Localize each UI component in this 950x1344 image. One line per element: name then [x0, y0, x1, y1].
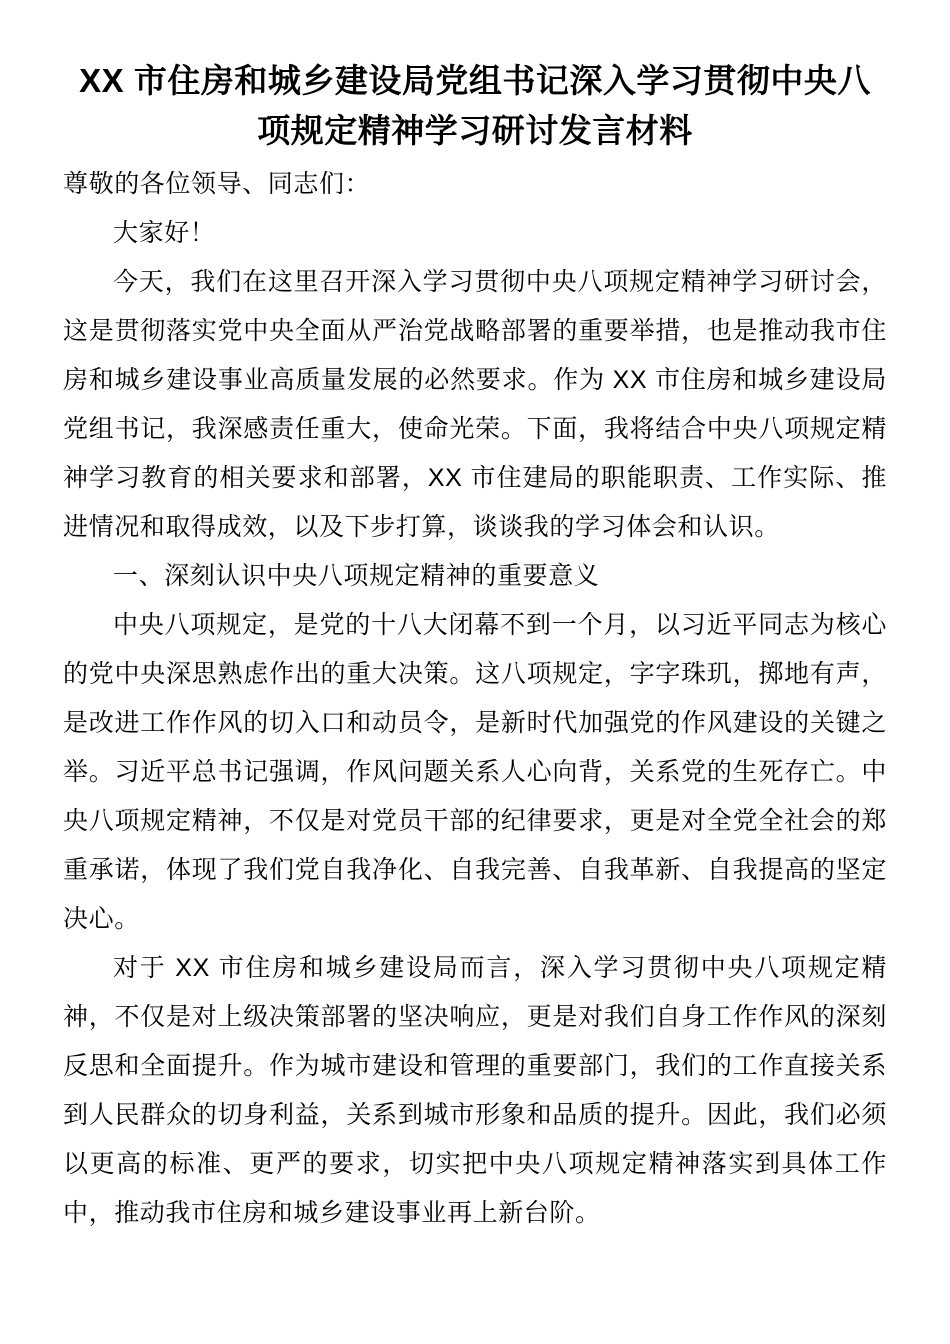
intro-paragraph: 今天，我们在这里召开深入学习贯彻中央八项规定精神学习研讨会，这是贯彻落实党中央全…: [63, 258, 887, 552]
section-1-heading: 一、深刻认识中央八项规定精神的重要意义: [63, 552, 887, 601]
section-1-paragraph-2: 对于 XX 市住房和城乡建设局而言，深入学习贯彻中央八项规定精神，不仅是对上级决…: [63, 944, 887, 1238]
salutation-line: 尊敬的各位领导、同志们：: [63, 160, 887, 209]
document-title: XX 市住房和城乡建设局党组书记深入学习贯彻中央八项规定精神学习研讨发言材料: [63, 56, 887, 156]
section-1-paragraph-1: 中央八项规定，是党的十八大闭幕不到一个月，以习近平同志为核心的党中央深思熟虑作出…: [63, 601, 887, 944]
greeting-paragraph: 大家好！: [63, 209, 887, 258]
document-body: 尊敬的各位领导、同志们： 大家好！ 今天，我们在这里召开深入学习贯彻中央八项规定…: [63, 160, 887, 1238]
document-page: XX 市住房和城乡建设局党组书记深入学习贯彻中央八项规定精神学习研讨发言材料 尊…: [0, 0, 950, 1344]
